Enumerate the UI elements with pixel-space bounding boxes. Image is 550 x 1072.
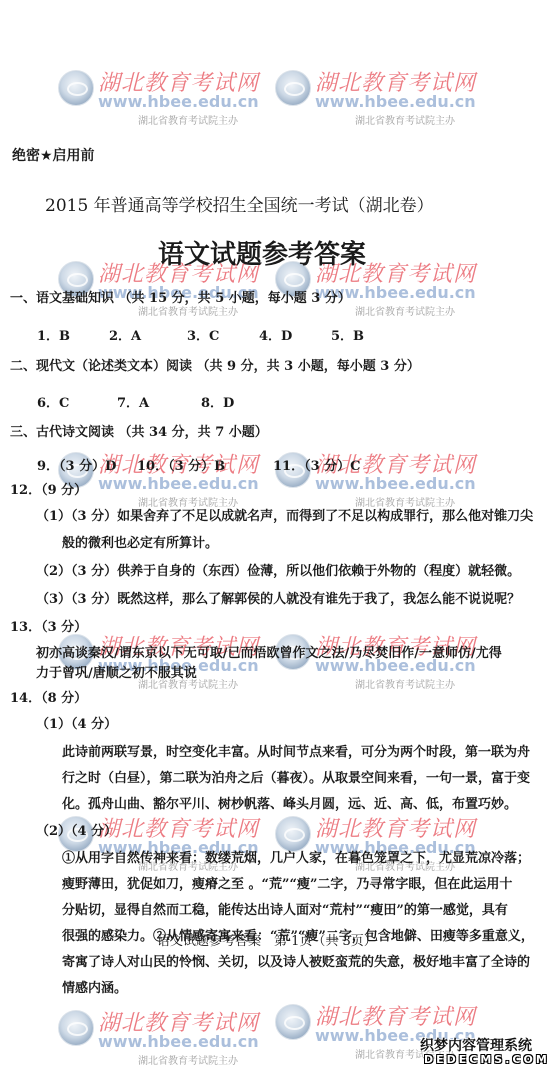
- section-heading-1: 一、语文基础知识 （共 15 分，共 5 小题，每小题 3 分）: [10, 290, 351, 308]
- question-14-part-2-label: （2）（4 分）: [36, 823, 117, 841]
- answer-row-2: 6．C 7．A 8．D: [37, 392, 234, 411]
- question-12-part-1-cont: 般的微利也必定有所算计。: [62, 535, 218, 553]
- question-14-label: 14．（8 分）: [10, 690, 87, 708]
- section-heading-3: 三、古代诗文阅读 （共 34 分，共 7 小题）: [10, 424, 268, 442]
- answer-item: 2．A: [109, 325, 187, 344]
- answer-item: 1．B: [37, 325, 109, 344]
- watermark: 湖北教育考试网 www.hbee.edu.cn 湖北省教育考试院主办: [58, 66, 243, 128]
- dedecms-badge: 织梦内容管理系统 DEDECMS.COM: [420, 1035, 548, 1069]
- question-13-line-2: 力于曾巩/唐顺之初不服其说: [36, 665, 197, 683]
- hbee-logo-icon: [58, 1010, 94, 1046]
- question-13-label: 13．（3 分）: [10, 619, 87, 637]
- page-footer: 语文试题参考答案 第 1页（共 3页）: [157, 933, 377, 951]
- watermark: 湖北教育考试网 www.hbee.edu.cn 湖北省教育考试院主办: [58, 1006, 243, 1068]
- question-14-part-1-line: 化。孤舟山曲、豁尔平川、树杪帆落、峰头月圆，远、近、高、低，布置巧妙。: [62, 796, 517, 814]
- hbee-logo-icon: [58, 70, 94, 106]
- question-12-part-1: （1）（3 分）如果舍弃了不足以成就名声，而得到了不足以构成罪行，那么他对锥刀尖: [36, 508, 533, 526]
- page-title: 语文试题参考答案: [158, 240, 366, 270]
- answer-row-3: 9．（3 分）D 10．（3 分）B 11．（3 分）C: [37, 455, 361, 474]
- question-13-line-1: 初亦高谈秦汉/谓东京以下无可取/已而悟欧曾作文之法/乃尽焚旧作/一意师仿/尤得: [36, 645, 502, 663]
- question-12-part-3: （3）（3 分）既然这样，那么了解郭侯的人就没有谁先于我了，我怎么能不说说呢？: [36, 591, 520, 609]
- watermark: 湖北教育考试网 www.hbee.edu.cn 湖北省教育考试院主办: [275, 66, 460, 128]
- hbee-logo-icon: [275, 70, 311, 106]
- answer-item: 5．B: [331, 325, 364, 344]
- question-13-line-2-text: 力于曾巩/唐顺之初不服其说: [36, 666, 197, 681]
- badge-url: DEDECMS.COM: [424, 1053, 550, 1066]
- answer-item: 6．C: [37, 392, 117, 411]
- question-14-part-1-line: 行之时（白昼），第二联为泊舟之后（暮夜）。从取景空间来看，一句一景，富于变: [62, 770, 530, 788]
- answer-item: 10．（3 分）B: [137, 455, 273, 474]
- question-14-part-2-line: 情感内涵。: [62, 980, 127, 998]
- question-14-part-2-line: 分贴切，显得自然而工稳，能传达出诗人面对“荒村”“瘦田”的第一感觉，具有: [62, 902, 508, 920]
- exam-title: 2015 年普通高等学校招生全国统一考试（湖北卷）: [45, 197, 434, 215]
- question-14-part-2-line: 寄寓了诗人对山民的怜悯、关切，以及诗人被贬蛮荒的失意，极好地丰富了全诗的: [62, 954, 530, 972]
- hbee-logo-icon: [275, 1004, 311, 1040]
- answer-item: 7．A: [117, 392, 201, 411]
- answer-item: 4．D: [259, 325, 331, 344]
- question-12-part-2: （2）（3 分）供养于自身的（东西）俭薄，所以他们依赖于外物的（程度）就轻微。: [36, 563, 520, 581]
- answer-item: 3．C: [187, 325, 259, 344]
- section-heading-2: 二、现代文（论述类文本）阅读 （共 9 分，共 3 小题，每小题 3 分）: [10, 358, 420, 376]
- question-14-part-2-line: 瘦野薄田，犹促如刀，瘦瘠之至 。“荒”“瘦”二字，乃寻常字眼，但在此运用十: [62, 876, 512, 894]
- secret-label: 绝密★启用前: [12, 147, 95, 165]
- answer-row-1: 1．B 2．A 3．C 4．D 5．B: [37, 325, 364, 344]
- answer-item: 9．（3 分）D: [37, 455, 137, 474]
- question-14-part-1-label: （1）（4 分）: [36, 716, 117, 734]
- hbee-logo-icon: [275, 816, 311, 852]
- badge-title: 织梦内容管理系统: [420, 1035, 532, 1055]
- answer-item: 11．（3 分）C: [273, 455, 361, 474]
- answer-item: 8．D: [201, 392, 234, 411]
- question-14-part-1-line: 此诗前两联写景，时空变化丰富。从时间节点来看，可分为两个时段，第一联为舟: [62, 744, 530, 762]
- question-12-label: 12．（9 分）: [10, 482, 87, 500]
- question-14-part-2-line: ①从用字自然传神来看：数缕荒烟，几户人家，在暮色笼罩之下，尤显荒凉冷落；: [62, 850, 530, 868]
